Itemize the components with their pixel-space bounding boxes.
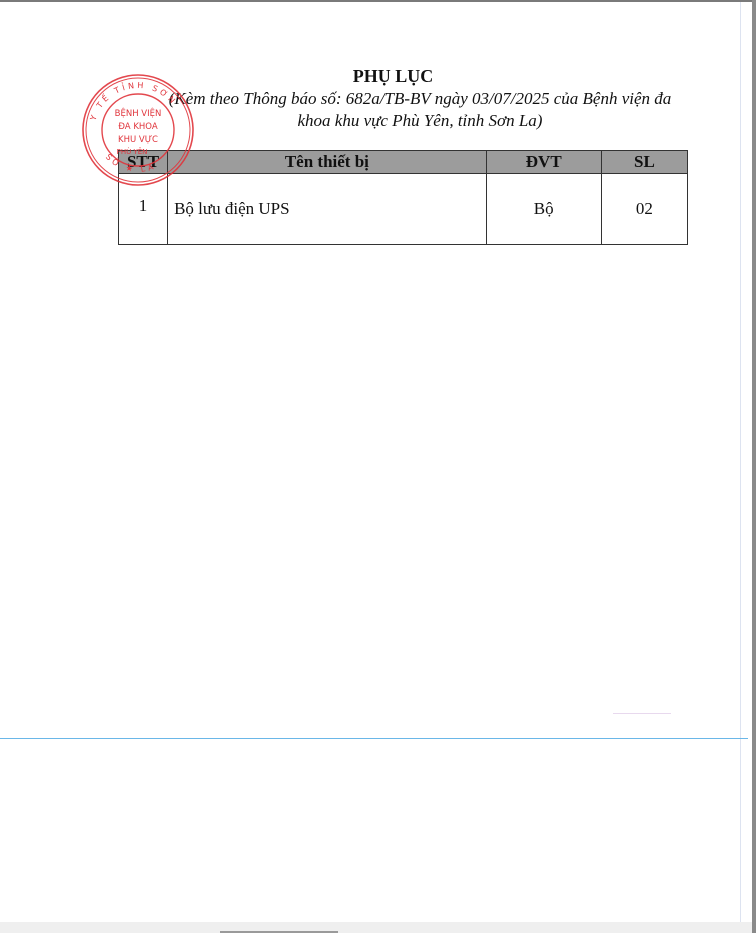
subtitle-line-2: khoa khu vực Phù Yên, tỉnh Sơn La) — [150, 110, 690, 132]
horizontal-scroll-track[interactable] — [0, 922, 752, 933]
equipment-table: STT Tên thiết bị ĐVT SL 1 Bộ lưu điện UP… — [118, 150, 688, 245]
cell-unit: Bộ — [486, 174, 601, 245]
subtitle-line-1: (Kèm theo Thông báo số: 682a/TB-BV ngày … — [150, 88, 690, 110]
page-break-line — [0, 738, 748, 739]
appendix-subtitle: (Kèm theo Thông báo số: 682a/TB-BV ngày … — [150, 88, 690, 132]
header-qty: SL — [601, 151, 687, 174]
cell-qty: 02 — [601, 174, 687, 245]
page-edge-guide — [740, 2, 741, 922]
table-row: 1 Bộ lưu điện UPS Bộ 02 — [119, 174, 688, 245]
header-unit: ĐVT — [486, 151, 601, 174]
cell-stt: 1 — [119, 174, 168, 245]
appendix-title: PHỤ LỤC — [0, 66, 756, 87]
cell-name: Bộ lưu điện UPS — [168, 174, 487, 245]
header-stt: STT — [119, 151, 168, 174]
document-page — [0, 2, 752, 922]
table-header-row: STT Tên thiết bị ĐVT SL — [119, 151, 688, 174]
header-name: Tên thiết bị — [168, 151, 487, 174]
faint-mark — [613, 713, 671, 714]
vertical-scrollbar[interactable] — [752, 0, 756, 933]
